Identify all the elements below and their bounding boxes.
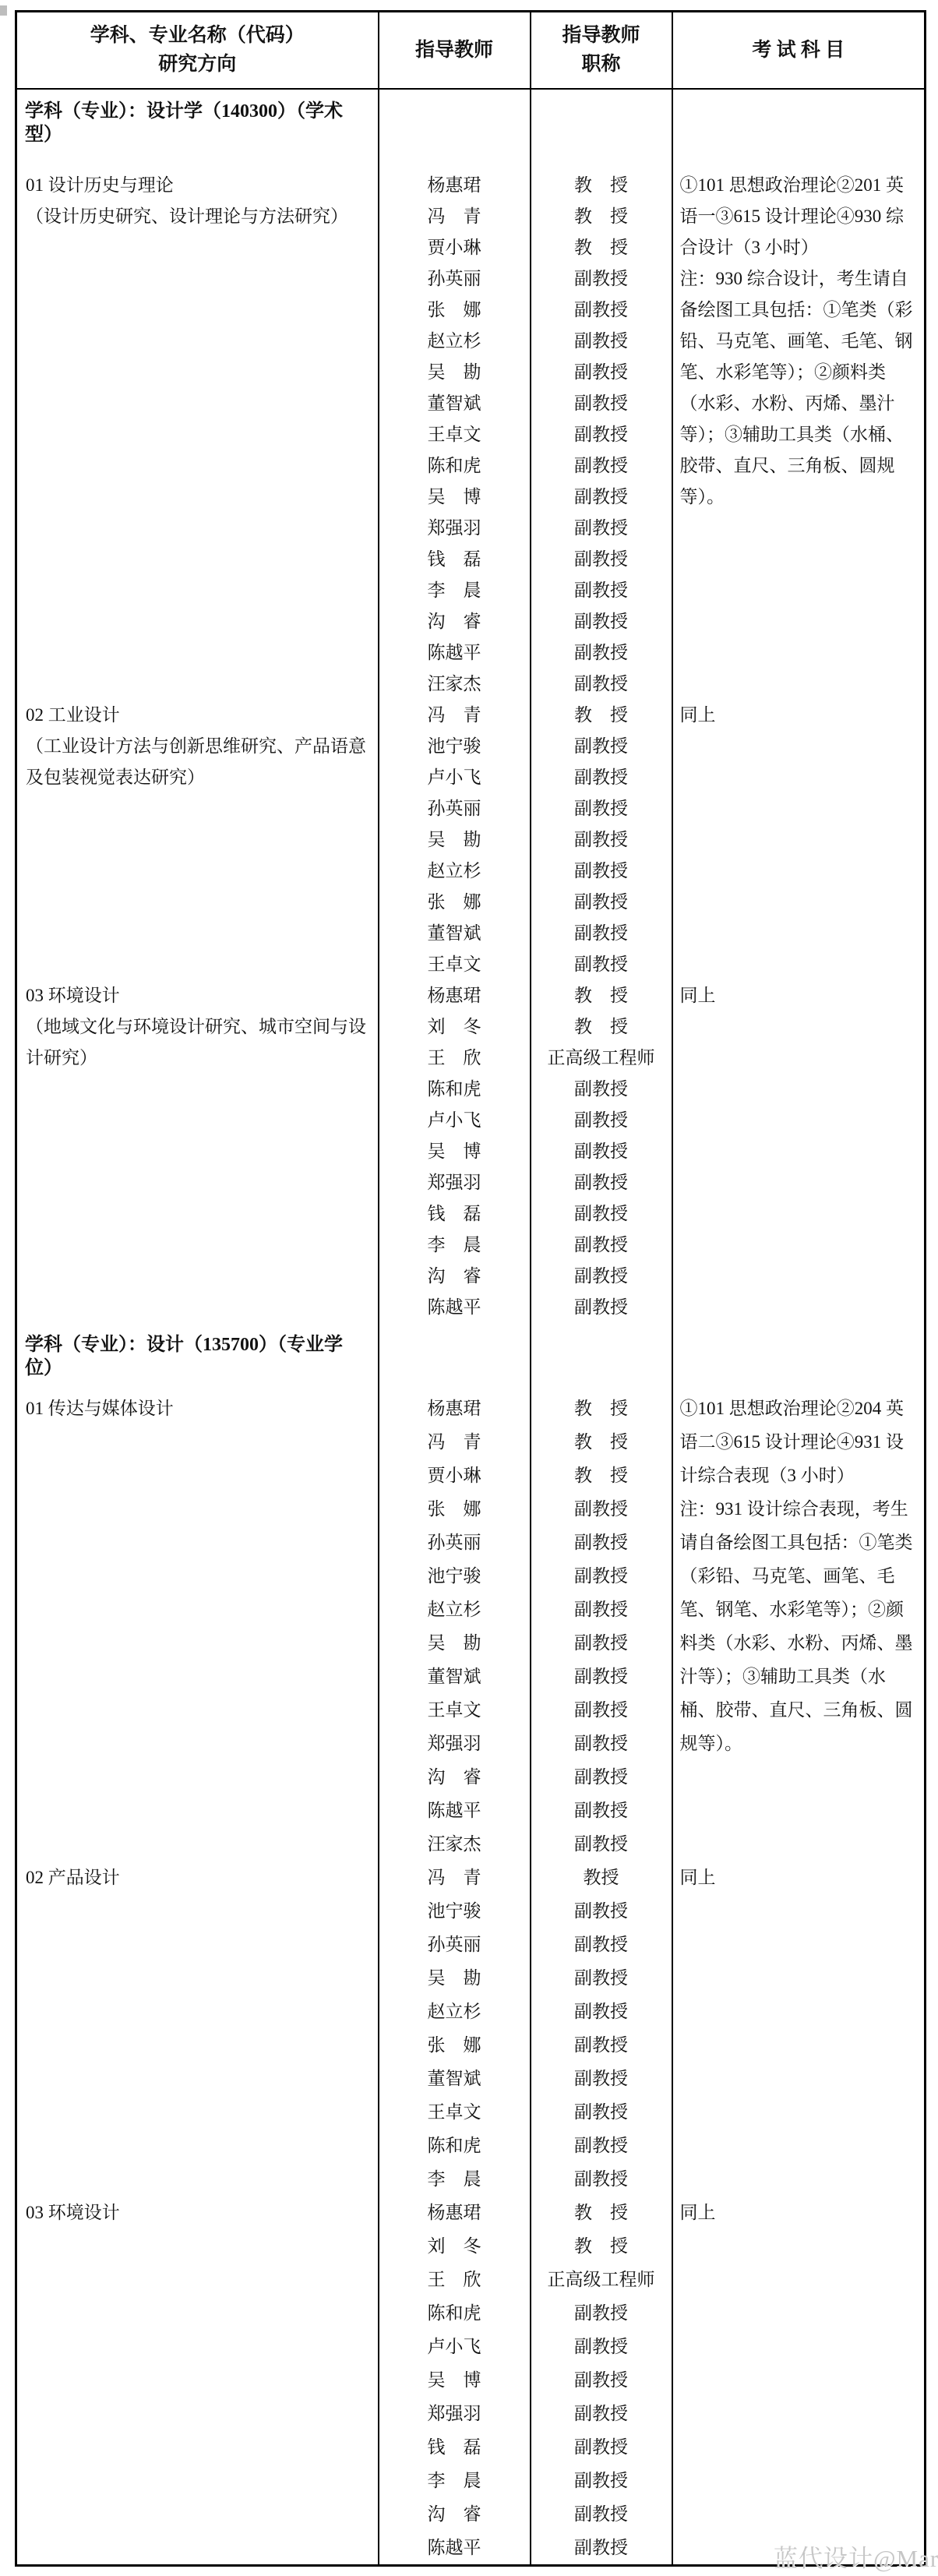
teacher-title-cell: 正高级工程师	[531, 1043, 672, 1074]
teacher-name-cell: 杨惠珺	[379, 170, 531, 201]
exam-cell: 同上	[672, 700, 926, 980]
teacher-title-cell: 副教授	[531, 731, 672, 762]
teacher-title-cell: 副教授	[531, 1198, 672, 1230]
col-header-major-line1: 学科、专业名称（代码）	[17, 21, 378, 50]
teacher-title-cell: 副教授	[531, 1136, 672, 1167]
watermark: 蓝代设计@Martells	[774, 2539, 938, 2574]
teacher-name-cell: 陈和虎	[379, 2129, 531, 2162]
teacher-title-cell: 正高级工程师	[531, 2263, 672, 2296]
teacher-title-cell: 教 授	[531, 2229, 672, 2263]
direction-title: 03 环境设计	[26, 980, 367, 1011]
exam-cell: 同上	[672, 1861, 926, 2196]
teacher-title-cell: 副教授	[531, 295, 672, 326]
teacher-name-cell: 陈越平	[379, 1292, 531, 1323]
teacher-title-cell: 副教授	[531, 419, 672, 450]
teacher-name-cell: 吴 勘	[379, 824, 531, 856]
teacher-title-cell: 副教授	[531, 762, 672, 793]
teacher-row: 03 环境设计（地域文化与环境设计研究、城市空间与设计研究）杨惠珺教 授同上	[16, 980, 926, 1011]
teacher-name-cell: 汪家杰	[379, 1827, 531, 1861]
teacher-name-cell: 陈越平	[379, 1794, 531, 1827]
teacher-name-cell: 汪家杰	[379, 669, 531, 700]
teacher-title-cell: 副教授	[531, 2296, 672, 2330]
teacher-title-cell: 教 授	[531, 1392, 672, 1425]
direction-cell: 03 环境设计	[16, 2196, 379, 2566]
exam-cell: 同上	[672, 980, 926, 1323]
teacher-name-cell: 卢小飞	[379, 2330, 531, 2363]
teacher-title-cell: 教 授	[531, 201, 672, 232]
exam-same-as-above: 同上	[680, 700, 920, 731]
teacher-title-cell: 副教授	[531, 513, 672, 544]
teacher-name-cell: 赵立杉	[379, 326, 531, 357]
direction-note: （设计历史研究、设计理论与方法研究）	[26, 201, 367, 232]
teacher-name-cell: 董智斌	[379, 2062, 531, 2095]
teacher-name-cell: 张 娜	[379, 887, 531, 918]
direction-title: 01 传达与媒体设计	[26, 1392, 367, 1425]
section-title-cell: 学科（专业）：设计学（140300）（学术型）	[16, 89, 379, 170]
teacher-title-cell: 副教授	[531, 2162, 672, 2196]
teacher-name-cell: 孙英丽	[379, 1928, 531, 1961]
teacher-name-cell: 陈越平	[379, 2531, 531, 2566]
teacher-name-cell: 贾小琳	[379, 1459, 531, 1492]
teacher-title-cell: 副教授	[531, 2062, 672, 2095]
teacher-title-cell: 副教授	[531, 1894, 672, 1928]
teacher-title-cell: 副教授	[531, 482, 672, 513]
direction-title: 03 环境设计	[26, 2196, 367, 2229]
direction-cell: 02 工业设计（工业设计方法与创新思维研究、产品语意及包装视觉表达研究）	[16, 700, 379, 980]
teacher-title-cell: 副教授	[531, 2430, 672, 2464]
col-header-exam: 考 试 科 目	[672, 12, 926, 89]
teacher-name-cell: 杨惠珺	[379, 2196, 531, 2229]
section-title-cell: 学科（专业）：设计（135700）（专业学位）	[16, 1323, 379, 1392]
exam-subjects: ①101 思想政治理论②204 英语二③615 设计理论④931 设计综合表现（…	[680, 1392, 920, 1492]
teacher-name-cell: 沟 睿	[379, 1760, 531, 1794]
teacher-title-cell: 副教授	[531, 1292, 672, 1323]
teacher-title-cell: 副教授	[531, 856, 672, 887]
teacher-name-cell: 张 娜	[379, 295, 531, 326]
teacher-name-cell: 赵立杉	[379, 1593, 531, 1626]
section-empty-advisor-cell	[379, 1323, 531, 1392]
teacher-title-cell: 副教授	[531, 1827, 672, 1861]
direction-note: （工业设计方法与创新思维研究、产品语意及包装视觉表达研究）	[26, 731, 367, 793]
section-header-row: 学科（专业）：设计（135700）（专业学位）	[16, 1323, 926, 1392]
teacher-title-cell: 副教授	[531, 2028, 672, 2062]
teacher-title-cell: 副教授	[531, 1995, 672, 2028]
direction-note: （地域文化与环境设计研究、城市空间与设计研究）	[26, 1011, 367, 1074]
exam-cell: ①101 思想政治理论②201 英语一③615 设计理论④930 综合设计（3 …	[672, 170, 926, 700]
teacher-name-cell: 董智斌	[379, 1660, 531, 1693]
teacher-title-cell: 副教授	[531, 2129, 672, 2162]
teacher-row: 02 工业设计（工业设计方法与创新思维研究、产品语意及包装视觉表达研究）冯 青教…	[16, 700, 926, 731]
exam-cell: ①101 思想政治理论②204 英语二③615 设计理论④931 设计综合表现（…	[672, 1392, 926, 1861]
teacher-name-cell: 贾小琳	[379, 232, 531, 263]
teacher-name-cell: 卢小飞	[379, 1105, 531, 1136]
teacher-name-cell: 池宁骏	[379, 731, 531, 762]
teacher-title-cell: 副教授	[531, 2330, 672, 2363]
teacher-title-cell: 副教授	[531, 793, 672, 824]
teacher-title-cell: 副教授	[531, 1074, 672, 1105]
teacher-name-cell: 王卓文	[379, 1693, 531, 1727]
teacher-title-cell: 副教授	[531, 1727, 672, 1760]
teacher-row: 01 设计历史与理论（设计历史研究、设计理论与方法研究）杨惠珺教 授①101 思…	[16, 170, 926, 201]
teacher-name-cell: 吴 博	[379, 1136, 531, 1167]
exam-cell: 同上	[672, 2196, 926, 2566]
section-empty-exam-cell	[672, 89, 926, 170]
page: { "header": { "col1": ["学科、专业名称（代码）", "研…	[0, 0, 938, 2576]
teacher-name-cell: 陈和虎	[379, 2296, 531, 2330]
direction-cell: 01 设计历史与理论（设计历史研究、设计理论与方法研究）	[16, 170, 379, 700]
teacher-title-cell: 教 授	[531, 2196, 672, 2229]
teacher-name-cell: 池宁骏	[379, 1559, 531, 1593]
col-header-advisor-title: 指导教师 职称	[531, 12, 672, 89]
direction-title: 02 产品设计	[26, 1861, 367, 1894]
exam-note: 注：930 综合设计，考生请自备绘图工具包括：①笔类（彩铅、马克笔、画笔、毛笔、…	[680, 263, 920, 513]
col-header-major: 学科、专业名称（代码） 研究方向	[16, 12, 379, 89]
teacher-title-cell: 副教授	[531, 1626, 672, 1660]
teacher-title-cell: 教授	[531, 1861, 672, 1894]
teacher-title-cell: 副教授	[531, 2095, 672, 2129]
teacher-title-cell: 副教授	[531, 575, 672, 606]
teacher-name-cell: 刘 冬	[379, 2229, 531, 2263]
section-empty-exam-cell	[672, 1323, 926, 1392]
teacher-name-cell: 王卓文	[379, 419, 531, 450]
col-header-advisor-title-line1: 指导教师	[531, 21, 672, 50]
exam-same-as-above: 同上	[680, 2196, 920, 2229]
exam-note: 注：931 设计综合表现，考生请自备绘图工具包括：①笔类（彩铅、马克笔、画笔、毛…	[680, 1492, 920, 1760]
teacher-name-cell: 李 晨	[379, 575, 531, 606]
teacher-title-cell: 教 授	[531, 1459, 672, 1492]
teacher-name-cell: 钱 磊	[379, 2430, 531, 2464]
teacher-name-cell: 陈和虎	[379, 450, 531, 482]
section-title: 学科（专业）：设计学（140300）（学术型）	[17, 90, 378, 146]
direction-title: 02 工业设计	[26, 700, 367, 731]
teacher-name-cell: 沟 睿	[379, 606, 531, 637]
teacher-name-cell: 郑强羽	[379, 1727, 531, 1760]
teacher-name-cell: 吴 勘	[379, 1961, 531, 1995]
col-header-major-line2: 研究方向	[17, 50, 378, 79]
teacher-name-cell: 郑强羽	[379, 2397, 531, 2430]
teacher-row: 03 环境设计杨惠珺教 授同上	[16, 2196, 926, 2229]
teacher-title-cell: 副教授	[531, 2464, 672, 2497]
teacher-title-cell: 副教授	[531, 1593, 672, 1626]
teacher-name-cell: 孙英丽	[379, 1526, 531, 1559]
teacher-title-cell: 副教授	[531, 669, 672, 700]
teacher-name-cell: 李 晨	[379, 1230, 531, 1261]
teacher-name-cell: 张 娜	[379, 2028, 531, 2062]
table-header-row: 学科、专业名称（代码） 研究方向 指导教师 指导教师 职称 考 试 科 目	[16, 12, 926, 89]
teacher-title-cell: 副教授	[531, 1760, 672, 1794]
teacher-title-cell: 教 授	[531, 1425, 672, 1459]
teacher-title-cell: 教 授	[531, 232, 672, 263]
direction-cell: 01 传达与媒体设计	[16, 1392, 379, 1861]
teacher-title-cell: 副教授	[531, 1961, 672, 1995]
teacher-name-cell: 董智斌	[379, 918, 531, 949]
teacher-name-cell: 冯 青	[379, 1861, 531, 1894]
section-empty-title-cell	[531, 1323, 672, 1392]
teacher-name-cell: 董智斌	[379, 388, 531, 419]
teacher-title-cell: 副教授	[531, 263, 672, 295]
teacher-name-cell: 沟 睿	[379, 2497, 531, 2531]
teacher-title-cell: 副教授	[531, 949, 672, 980]
exam-subjects: ①101 思想政治理论②201 英语一③615 设计理论④930 综合设计（3 …	[680, 170, 920, 263]
teacher-title-cell: 副教授	[531, 1261, 672, 1292]
teacher-name-cell: 赵立杉	[379, 856, 531, 887]
teacher-title-cell: 副教授	[531, 1660, 672, 1693]
teacher-title-cell: 副教授	[531, 357, 672, 388]
teacher-title-cell: 副教授	[531, 887, 672, 918]
teacher-title-cell: 副教授	[531, 2497, 672, 2531]
teacher-name-cell: 吴 勘	[379, 357, 531, 388]
direction-cell: 02 产品设计	[16, 1861, 379, 2196]
teacher-name-cell: 王 欣	[379, 1043, 531, 1074]
section-header-row: 学科（专业）：设计学（140300）（学术型）	[16, 89, 926, 170]
teacher-title-cell: 副教授	[531, 1794, 672, 1827]
section-empty-title-cell	[531, 89, 672, 170]
teacher-title-cell: 教 授	[531, 170, 672, 201]
teacher-row: 02 产品设计冯 青教授同上	[16, 1861, 926, 1894]
teacher-name-cell: 刘 冬	[379, 1011, 531, 1043]
exam-same-as-above: 同上	[680, 1861, 920, 1894]
teacher-title-cell: 副教授	[531, 918, 672, 949]
teacher-title-cell: 副教授	[531, 1526, 672, 1559]
teacher-name-cell: 杨惠珺	[379, 980, 531, 1011]
teacher-name-cell: 孙英丽	[379, 793, 531, 824]
teacher-title-cell: 副教授	[531, 2397, 672, 2430]
teacher-name-cell: 冯 青	[379, 201, 531, 232]
teacher-name-cell: 王 欣	[379, 2263, 531, 2296]
teacher-name-cell: 王卓文	[379, 949, 531, 980]
teacher-row: 01 传达与媒体设计杨惠珺教 授①101 思想政治理论②204 英语二③615 …	[16, 1392, 926, 1425]
teacher-title-cell: 副教授	[531, 637, 672, 669]
teacher-name-cell: 李 晨	[379, 2162, 531, 2196]
teacher-title-cell: 副教授	[531, 606, 672, 637]
teacher-name-cell: 钱 磊	[379, 1198, 531, 1230]
teacher-name-cell: 吴 博	[379, 482, 531, 513]
teacher-name-cell: 李 晨	[379, 2464, 531, 2497]
teacher-title-cell: 副教授	[531, 450, 672, 482]
teacher-name-cell: 沟 睿	[379, 1261, 531, 1292]
teacher-title-cell: 副教授	[531, 326, 672, 357]
teacher-name-cell: 冯 青	[379, 1425, 531, 1459]
exam-same-as-above: 同上	[680, 980, 920, 1011]
teacher-name-cell: 杨惠珺	[379, 1392, 531, 1425]
teacher-title-cell: 教 授	[531, 980, 672, 1011]
teacher-name-cell: 吴 勘	[379, 1626, 531, 1660]
teacher-name-cell: 钱 磊	[379, 544, 531, 575]
teacher-title-cell: 副教授	[531, 1928, 672, 1961]
col-header-advisor: 指导教师	[379, 12, 531, 89]
direction-cell: 03 环境设计（地域文化与环境设计研究、城市空间与设计研究）	[16, 980, 379, 1323]
col-header-advisor-title-line2: 职称	[531, 50, 672, 79]
teacher-name-cell: 卢小飞	[379, 762, 531, 793]
direction-title: 01 设计历史与理论	[26, 170, 367, 201]
teacher-title-cell: 副教授	[531, 2363, 672, 2397]
teacher-name-cell: 赵立杉	[379, 1995, 531, 2028]
teacher-name-cell: 郑强羽	[379, 1167, 531, 1198]
teacher-name-cell: 郑强羽	[379, 513, 531, 544]
teacher-title-cell: 教 授	[531, 700, 672, 731]
teacher-title-cell: 副教授	[531, 1559, 672, 1593]
teacher-title-cell: 副教授	[531, 1167, 672, 1198]
teacher-name-cell: 吴 博	[379, 2363, 531, 2397]
teacher-title-cell: 副教授	[531, 1105, 672, 1136]
teacher-name-cell: 陈和虎	[379, 1074, 531, 1105]
admissions-table: 学科、专业名称（代码） 研究方向 指导教师 指导教师 职称 考 试 科 目 学科…	[15, 10, 926, 2567]
teacher-title-cell: 副教授	[531, 544, 672, 575]
teacher-name-cell: 张 娜	[379, 1492, 531, 1526]
teacher-name-cell: 王卓文	[379, 2095, 531, 2129]
teacher-title-cell: 副教授	[531, 1230, 672, 1261]
section-empty-advisor-cell	[379, 89, 531, 170]
section-title: 学科（专业）：设计（135700）（专业学位）	[17, 1323, 378, 1380]
teacher-title-cell: 副教授	[531, 824, 672, 856]
scan-corner-artifact	[0, 5, 7, 16]
teacher-title-cell: 教 授	[531, 1011, 672, 1043]
teacher-name-cell: 冯 青	[379, 700, 531, 731]
teacher-title-cell: 副教授	[531, 2531, 672, 2566]
teacher-title-cell: 副教授	[531, 388, 672, 419]
teacher-name-cell: 陈越平	[379, 637, 531, 669]
teacher-name-cell: 池宁骏	[379, 1894, 531, 1928]
teacher-name-cell: 孙英丽	[379, 263, 531, 295]
teacher-title-cell: 副教授	[531, 1693, 672, 1727]
teacher-title-cell: 副教授	[531, 1492, 672, 1526]
